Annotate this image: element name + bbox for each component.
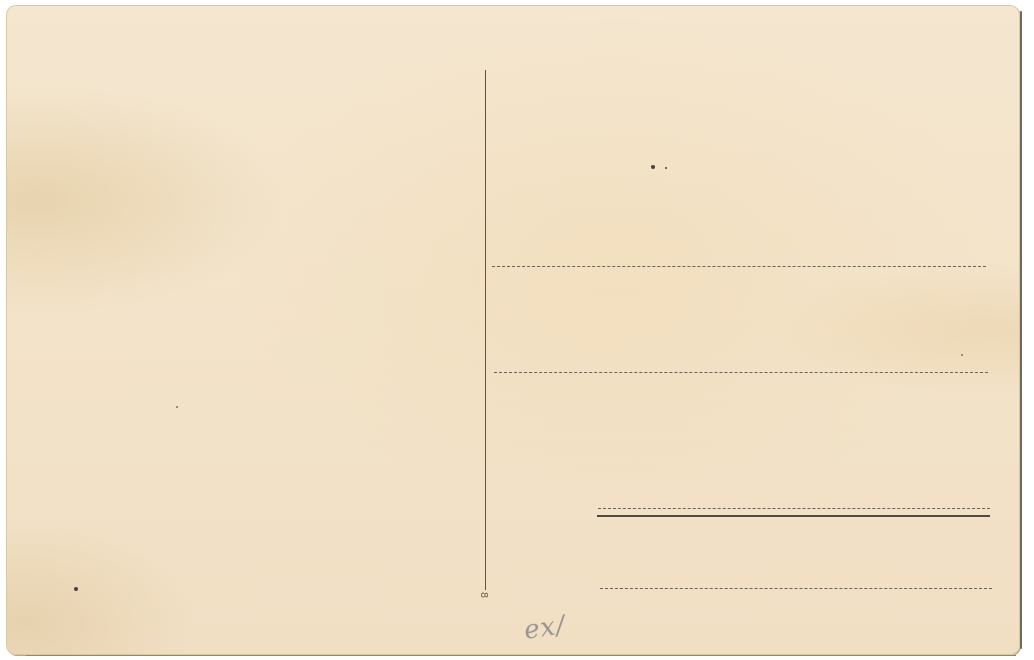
address-line-underline [597, 515, 990, 517]
card-edge-shadow-right [1020, 11, 1022, 649]
ink-speck [74, 587, 78, 591]
pencil-annotation: ex/ [522, 610, 568, 646]
postcard-back: 8 ex/ [6, 5, 1020, 655]
address-line-2 [494, 372, 988, 373]
card-edge-shadow-bottom [26, 655, 1016, 656]
message-address-divider [485, 70, 486, 590]
ink-speck [176, 406, 178, 408]
address-line-4 [600, 588, 992, 589]
address-line-3 [598, 508, 990, 509]
printer-mark: 8 [478, 592, 488, 598]
ink-speck [651, 165, 655, 169]
ink-speck [665, 167, 667, 169]
ink-speck [961, 354, 963, 356]
address-line-1 [492, 266, 986, 267]
